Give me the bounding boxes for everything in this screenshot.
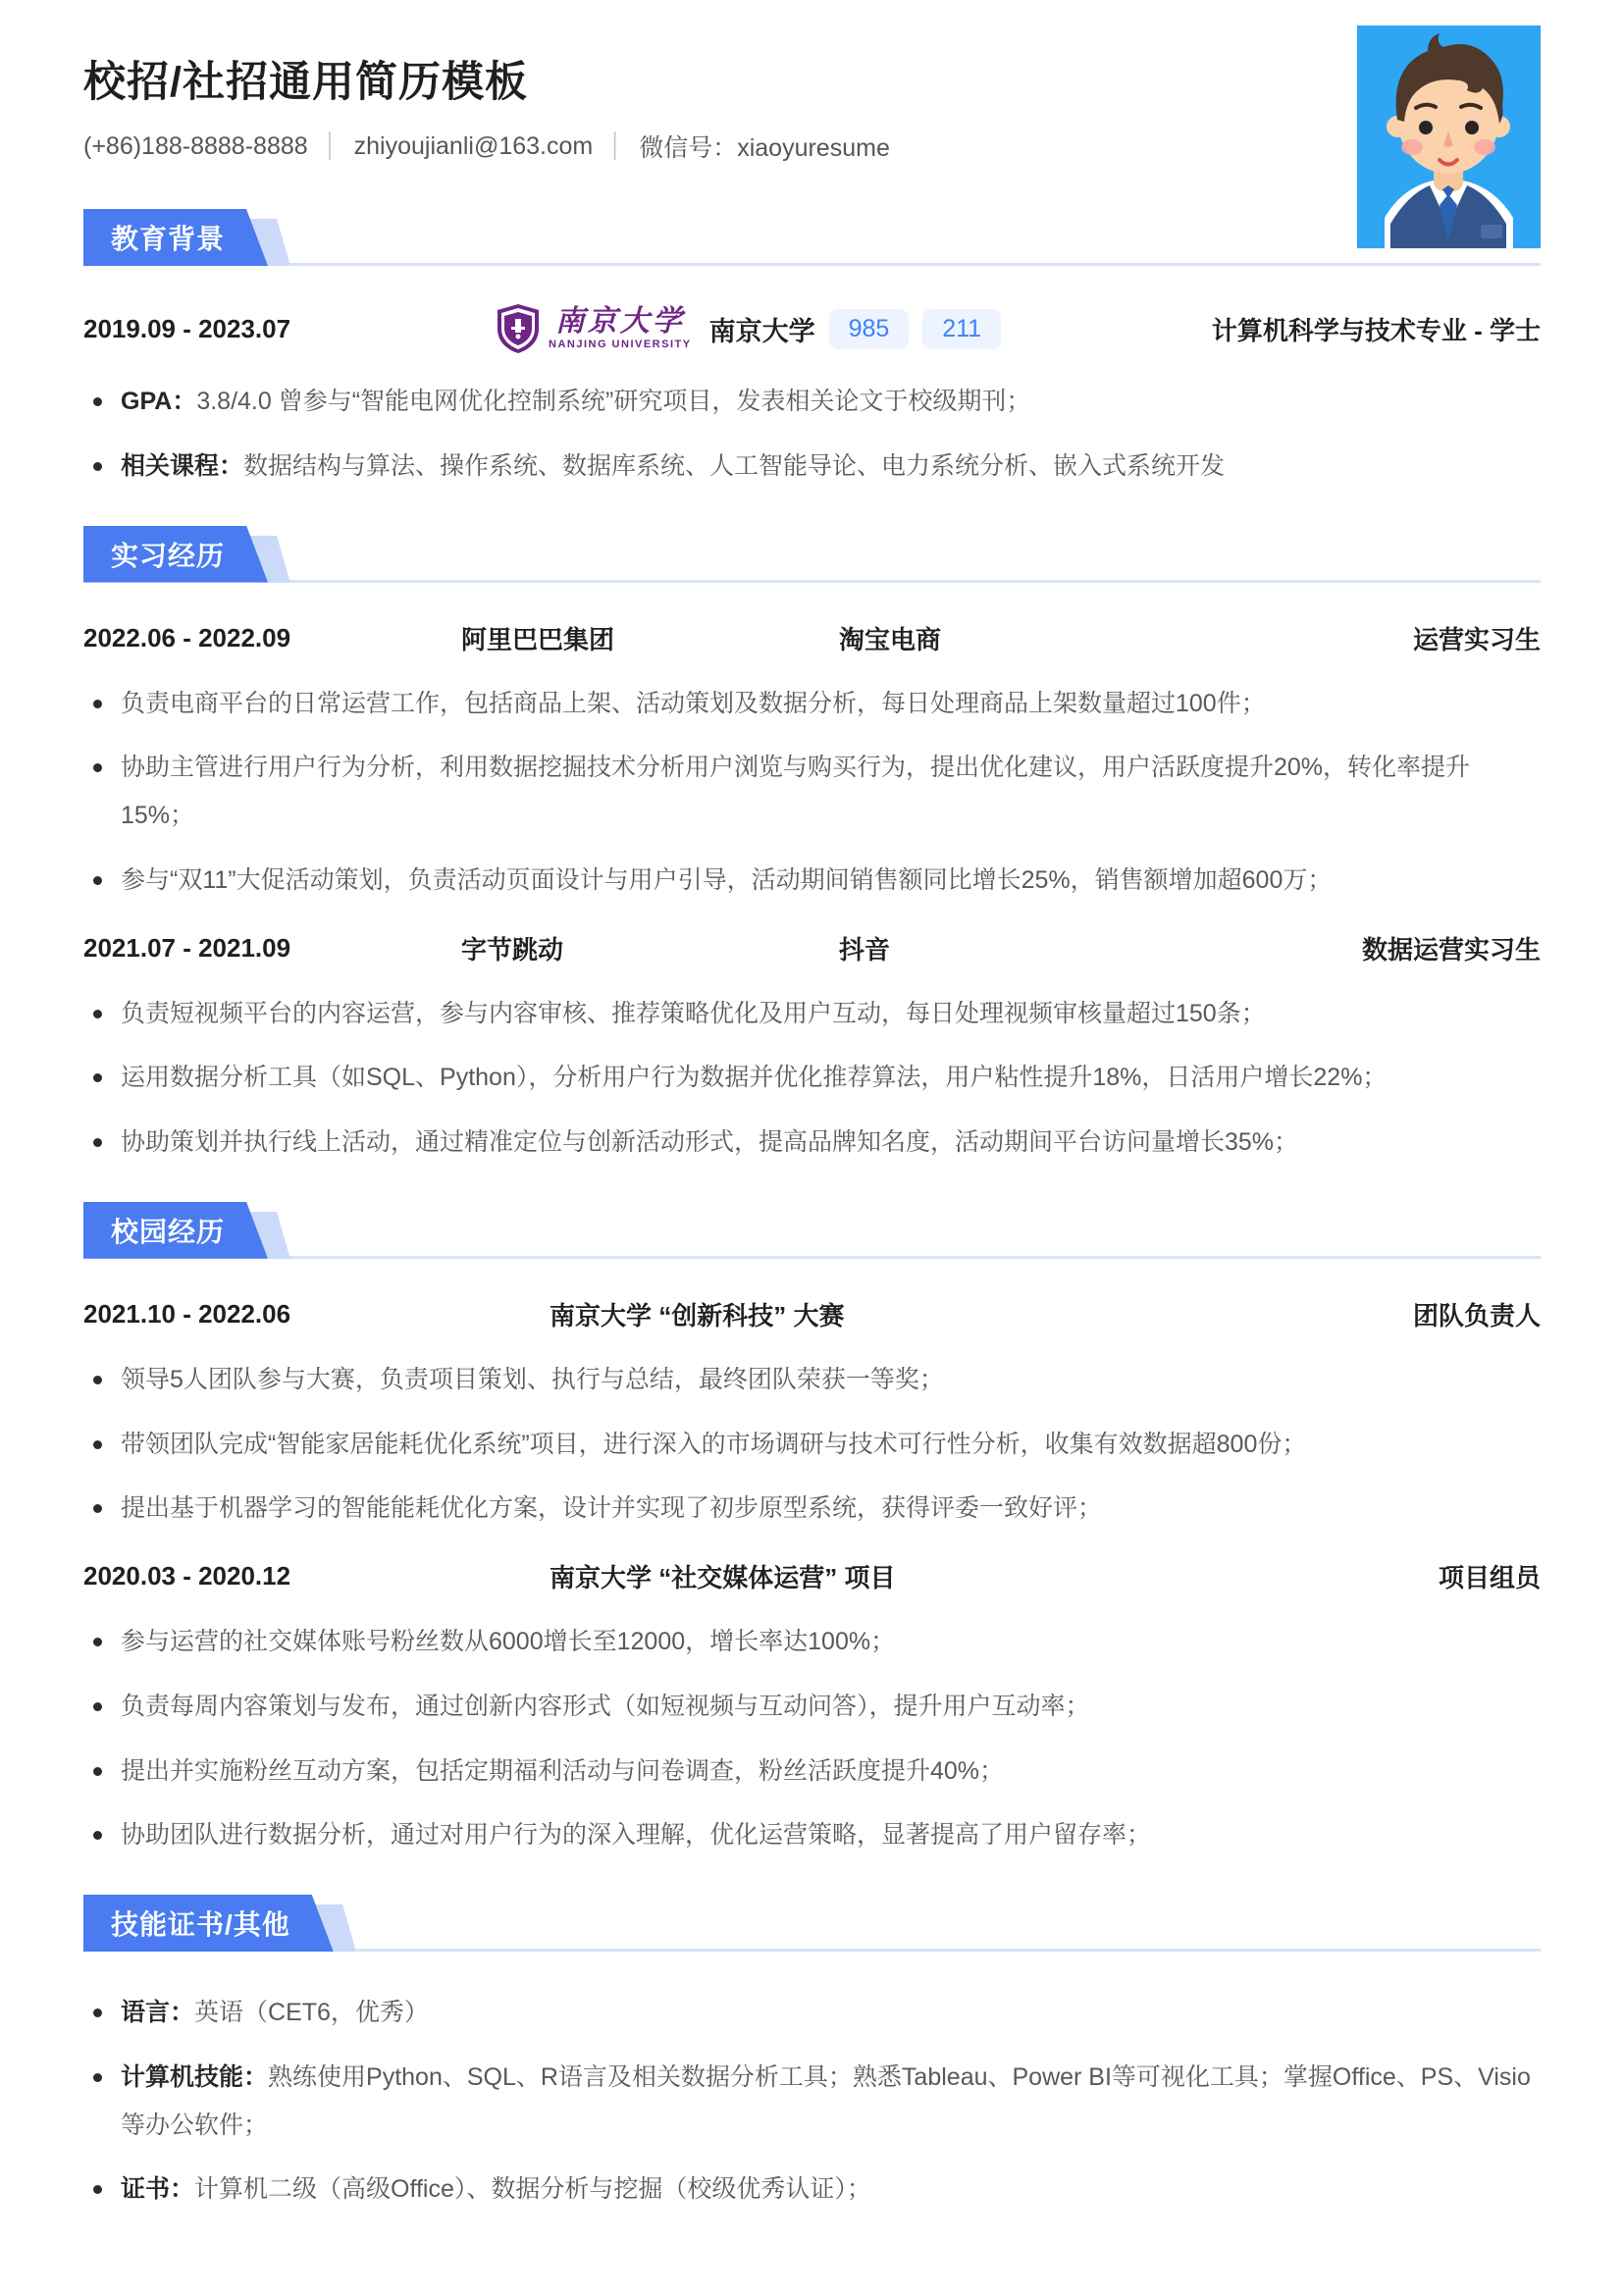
bullet-item: 参与“双11”大促活动策划，负责活动页面设计与用户引导，活动期间销售额同比增长2… xyxy=(83,857,1541,905)
internship-entry: 2021.07 - 2021.09 字节跳动 抖音 数据运营实习生 负责短视频平… xyxy=(83,930,1541,1167)
campus-entry: 2021.10 - 2022.06 南京大学 “创新科技” 大赛 团队负责人 领… xyxy=(83,1296,1541,1533)
campus-bullets: 参与运营的社交媒体账号粉丝数从6000增长至12000，增长率达100%； 负责… xyxy=(83,1618,1541,1859)
department-name: 淘宝电商 xyxy=(839,620,1413,656)
section-title: 实习经历 xyxy=(111,535,225,574)
education-entry: 2019.09 - 2023.07 南京大学 NANJING UNIVERSIT… xyxy=(83,303,1541,491)
resume-header: 校招/社招通用简历模板 (+86)188-8888-8888 │ zhiyouj… xyxy=(83,49,1541,164)
bullet-item: 协助团队进行数据分析，通过对用户行为的深入理解，优化运营策略，显著提高了用户留存… xyxy=(83,1811,1541,1859)
project-name: 南京大学 “社交媒体运营” 项目 xyxy=(550,1558,1439,1594)
entry-date: 2021.10 - 2022.06 xyxy=(83,1299,550,1330)
bullet-item: 协助主管进行用户行为分析，利用数据挖掘技术分析用户浏览与购买行为，提出优化建议，… xyxy=(83,744,1541,840)
section-header-skills: 技能证书/其他 xyxy=(83,1893,1541,1952)
entry-date: 2021.07 - 2021.09 xyxy=(83,933,461,964)
degree-major: 计算机科学与技术专业 - 学士 xyxy=(1212,311,1541,347)
bullet-item: 运用数据分析工具（如SQL、Python），分析用户行为数据并优化推荐算法，用户… xyxy=(83,1054,1541,1102)
page-title: 校招/社招通用简历模板 xyxy=(83,49,1541,109)
badge-211: 211 xyxy=(922,309,1001,349)
badge-985: 985 xyxy=(829,309,910,349)
section-underline xyxy=(83,580,1541,583)
contact-line: (+86)188-8888-8888 │ zhiyoujianli@163.co… xyxy=(83,129,1541,164)
entry-date: 2020.03 - 2020.12 xyxy=(83,1561,550,1591)
internship-bullets: 负责短视频平台的内容运营，参与内容审核、推荐策略优化及用户互动，每日处理视频审核… xyxy=(83,990,1541,1167)
internship-row: 2021.07 - 2021.09 字节跳动 抖音 数据运营实习生 xyxy=(83,930,1541,966)
company-name: 阿里巴巴集团 xyxy=(461,620,839,656)
section-tag: 技能证书/其他 xyxy=(83,1895,334,1952)
bullet-item: 领导5人团队参与大赛，负责项目策划、执行与总结，最终团队荣获一等奖； xyxy=(83,1356,1541,1404)
bullet-item: 负责短视频平台的内容运营，参与内容审核、推荐策略优化及用户互动，每日处理视频审核… xyxy=(83,990,1541,1038)
bullet-item: 提出基于机器学习的智能能耗优化方案，设计并实现了初步原型系统，获得评委一致好评； xyxy=(83,1485,1541,1533)
section-title: 技能证书/其他 xyxy=(111,1904,290,1943)
bullet-item: 提出并实施粉丝互动方案，包括定期福利活动与问卷调查，粉丝活跃度提升40%； xyxy=(83,1747,1541,1796)
section-header-education: 教育背景 xyxy=(83,207,1541,266)
role-title: 数据运营实习生 xyxy=(1362,930,1541,966)
university-shield-icon xyxy=(496,303,541,354)
bullet-item: 语言：英语（CET6，优秀） xyxy=(83,1989,1541,2037)
wechat-id: 微信号：xiaoyuresume xyxy=(639,129,890,164)
role-title: 团队负责人 xyxy=(1413,1296,1541,1332)
role-title: 项目组员 xyxy=(1439,1558,1541,1594)
university-wordmark-en: NANJING UNIVERSITY xyxy=(549,339,692,350)
phone-number: (+86)188-8888-8888 xyxy=(83,132,308,161)
bullet-item: 负责每周内容策划与发布，通过创新内容形式（如短视频与互动问答），提升用户互动率； xyxy=(83,1683,1541,1731)
section-title: 教育背景 xyxy=(111,218,225,257)
internship-row: 2022.06 - 2022.09 阿里巴巴集团 淘宝电商 运营实习生 xyxy=(83,620,1541,656)
company-name: 字节跳动 xyxy=(461,930,839,966)
section-tag: 实习经历 xyxy=(83,526,268,583)
education-row: 2019.09 - 2023.07 南京大学 NANJING UNIVERSIT… xyxy=(83,303,1541,354)
bullet-item: 协助策划并执行线上活动，通过精准定位与创新活动形式，提高品牌知名度，活动期间平台… xyxy=(83,1119,1541,1167)
resume-page: 校招/社招通用简历模板 (+86)188-8888-8888 │ zhiyouj… xyxy=(0,0,1624,2289)
skills-bullets: 语言：英语（CET6，优秀） 计算机技能：熟练使用Python、SQL、R语言及… xyxy=(83,1989,1541,2214)
entry-date: 2022.06 - 2022.09 xyxy=(83,623,461,653)
section-title: 校园经历 xyxy=(111,1211,225,1250)
bullet-item: 参与运营的社交媒体账号粉丝数从6000增长至12000，增长率达100%； xyxy=(83,1618,1541,1666)
internship-bullets: 负责电商平台的日常运营工作，包括商品上架、活动策划及数据分析，每日处理商品上架数… xyxy=(83,680,1541,905)
section-underline xyxy=(83,263,1541,266)
campus-entry: 2020.03 - 2020.12 南京大学 “社交媒体运营” 项目 项目组员 … xyxy=(83,1558,1541,1859)
bullet-item: 证书：计算机二级（高级Office）、数据分析与挖掘（校级优秀认证）； xyxy=(83,2165,1541,2214)
department-name: 抖音 xyxy=(839,930,1362,966)
bullet-item: 负责电商平台的日常运营工作，包括商品上架、活动策划及数据分析，每日处理商品上架数… xyxy=(83,680,1541,728)
email-address: zhiyoujianli@163.com xyxy=(354,132,594,161)
internship-entry: 2022.06 - 2022.09 阿里巴巴集团 淘宝电商 运营实习生 负责电商… xyxy=(83,620,1541,905)
contact-divider: │ xyxy=(608,132,623,160)
section-underline xyxy=(83,1256,1541,1259)
section-header-internship: 实习经历 xyxy=(83,524,1541,583)
education-bullets: GPA：3.8/4.0 曾参与“智能电网优化控制系统”研究项目，发表相关论文于校… xyxy=(83,378,1541,491)
university-wordmark-zh: 南京大学 xyxy=(555,307,685,337)
bullet-item: 相关课程：数据结构与算法、操作系统、数据库系统、人工智能导论、电力系统分析、嵌入… xyxy=(83,443,1541,491)
entry-date: 2019.09 - 2023.07 xyxy=(83,314,496,344)
section-tag: 校园经历 xyxy=(83,1202,268,1259)
project-name: 南京大学 “创新科技” 大赛 xyxy=(550,1296,1413,1332)
campus-bullets: 领导5人团队参与大赛，负责项目策划、执行与总结，最终团队荣获一等奖； 带领团队完… xyxy=(83,1356,1541,1533)
campus-row: 2021.10 - 2022.06 南京大学 “创新科技” 大赛 团队负责人 xyxy=(83,1296,1541,1332)
school-name: 南京大学 xyxy=(709,310,815,348)
university-wordmark: 南京大学 NANJING UNIVERSITY xyxy=(549,307,692,350)
bullet-item: 计算机技能：熟练使用Python、SQL、R语言及相关数据分析工具；熟悉Tabl… xyxy=(83,2054,1541,2150)
university-logo: 南京大学 NANJING UNIVERSITY xyxy=(496,303,692,354)
section-header-campus: 校园经历 xyxy=(83,1200,1541,1259)
bullet-item: GPA：3.8/4.0 曾参与“智能电网优化控制系统”研究项目，发表相关论文于校… xyxy=(83,378,1541,426)
role-title: 运营实习生 xyxy=(1413,620,1541,656)
campus-row: 2020.03 - 2020.12 南京大学 “社交媒体运营” 项目 项目组员 xyxy=(83,1558,1541,1594)
skills-entry: 语言：英语（CET6，优秀） 计算机技能：熟练使用Python、SQL、R语言及… xyxy=(83,1989,1541,2214)
bullet-item: 带领团队完成“智能家居能耗优化系统”项目，进行深入的市场调研与技术可行性分析，收… xyxy=(83,1421,1541,1469)
contact-divider: │ xyxy=(324,132,339,160)
school-block: 南京大学 NANJING UNIVERSITY 南京大学 985 211 xyxy=(496,303,1212,354)
section-tag: 教育背景 xyxy=(83,209,268,266)
